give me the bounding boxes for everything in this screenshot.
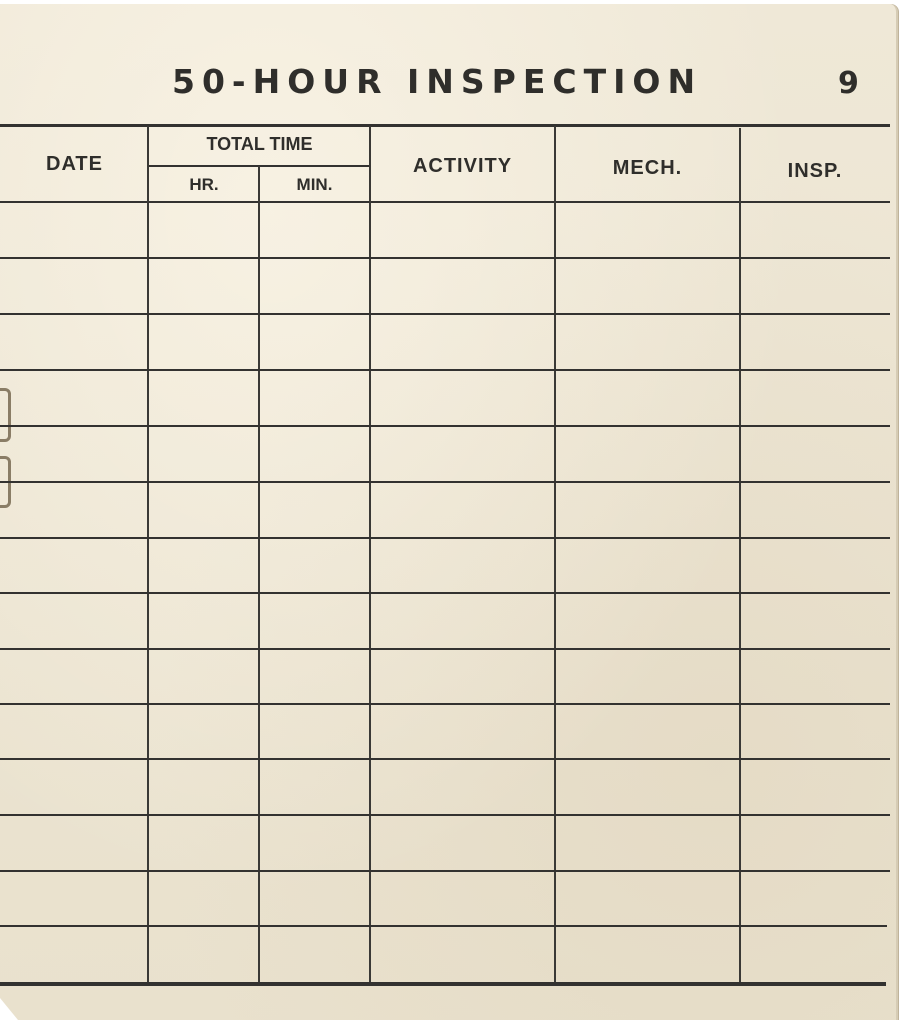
row-rule [0, 814, 890, 816]
row-rule [0, 425, 890, 427]
row-rule [0, 703, 890, 705]
row-1-activity-cell[interactable] [371, 203, 554, 257]
row-rule [0, 870, 890, 872]
row-rule [0, 257, 890, 259]
column-line-hr-min [258, 166, 260, 984]
torn-corner [0, 998, 18, 1020]
row-rule [0, 648, 890, 650]
header-insp: INSP. [740, 160, 890, 183]
row-1-insp-cell[interactable] [741, 203, 890, 257]
row-rule [0, 758, 890, 760]
table-bottom-rule [0, 982, 886, 986]
row-rule [0, 925, 887, 927]
header-mech: MECH. [555, 157, 740, 180]
row-rule [0, 481, 890, 483]
header-hr: HR. [149, 175, 259, 195]
row-rule [0, 592, 890, 594]
row-1-hr-cell[interactable] [149, 203, 258, 257]
logbook-page: 50-HOUR INSPECTION 9 DATE TOTAL TIME HR.… [0, 4, 898, 1020]
row-rule [0, 537, 890, 539]
row-1-min-cell[interactable] [260, 203, 369, 257]
header-date: DATE [0, 153, 149, 176]
row-rule [0, 313, 890, 315]
inspection-log-table: DATE TOTAL TIME HR. MIN. ACTIVITY MECH. … [0, 4, 896, 1020]
header-total-time: TOTAL TIME [149, 134, 370, 155]
row-1-date-cell[interactable] [0, 203, 147, 257]
header-activity: ACTIVITY [370, 155, 555, 178]
row-1-mech-cell[interactable] [556, 203, 739, 257]
table-top-rule [0, 124, 890, 127]
header-min: MIN. [259, 175, 370, 195]
row-rule [0, 369, 890, 371]
